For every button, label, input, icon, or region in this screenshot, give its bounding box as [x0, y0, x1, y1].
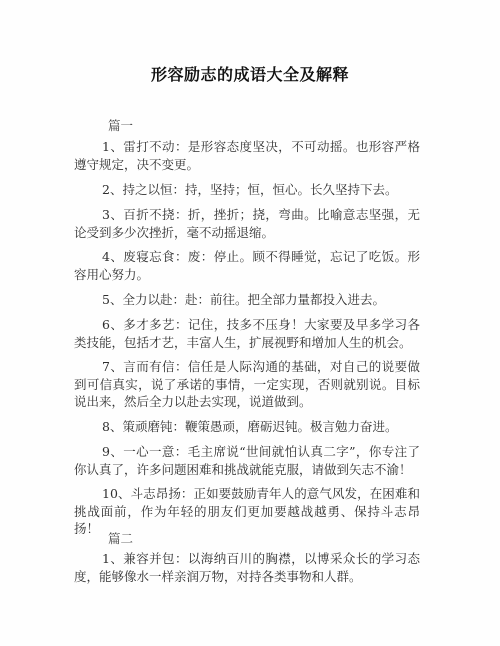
list-item: 3、百折不挠：折，挫折；挠，弯曲。比喻意志坚强，无论受到多少次挫折，毫不动摇退缩…	[74, 206, 420, 241]
list-item: 4、废寝忘食：废：停止。顾不得睡觉，忘记了吃饭。形容用心努力。	[74, 248, 420, 283]
list-item: 8、策顽磨钝：鞭策愚顽，磨砺迟钝。极言勉力奋进。	[74, 418, 420, 436]
section-label-2: 篇二	[108, 529, 133, 547]
list-item: 5、全力以赴：赴：前往。把全部力量都投入进去。	[74, 291, 420, 309]
list-item: 2、持之以恒：持，坚持；恒，恒心。长久坚持下去。	[74, 181, 420, 199]
list-item: 6、多才多艺：记住，技多不压身！大家要及早多学习各类技能，包括才艺，丰富人生，扩…	[74, 316, 420, 351]
list-item: 9、一心一意：毛主席说“世间就怕认真二字”，你专注了你认真了，许多问题困难和挑战…	[74, 443, 420, 478]
list-item: 7、言而有信：信任是人际沟通的基础，对自己的说要做到可信真实，说了承诺的事情，一…	[74, 358, 420, 411]
section-label-1: 篇一	[108, 116, 133, 134]
list-item: 1、雷打不动：是形容态度坚决，不可动摇。也形容严格遵守规定，决不变更。	[74, 138, 420, 173]
document-title: 形容励志的成语大全及解释	[0, 62, 500, 85]
list-item: 1、兼容并包：以海纳百川的胸襟，以博采众长的学习态度，能够像水一样亲润万物，对持…	[74, 550, 420, 585]
document-page: 形容励志的成语大全及解释 篇一 1、雷打不动：是形容态度坚决，不可动摇。也形容严…	[0, 0, 500, 646]
